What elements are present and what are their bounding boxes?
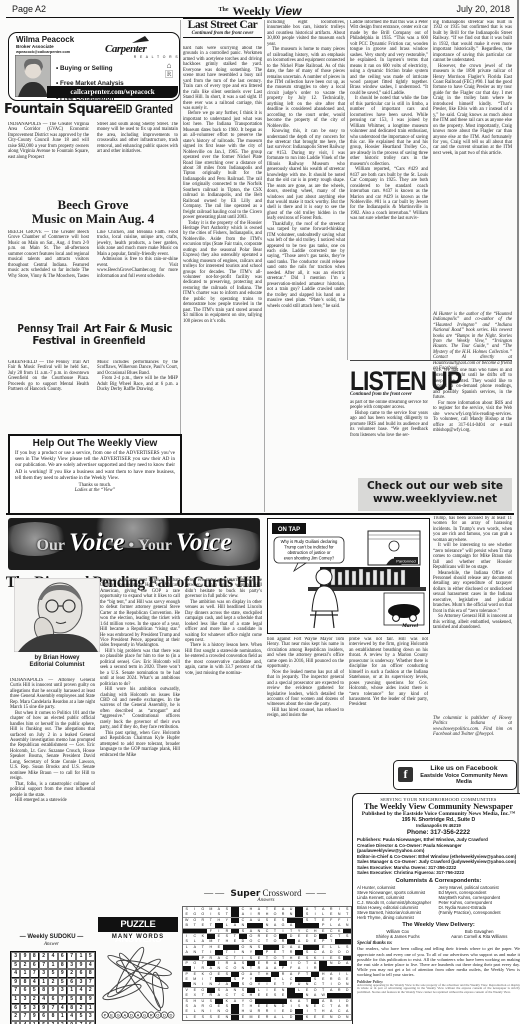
last-street-car-headline: Last Street Car <box>183 19 262 31</box>
facebook-icon: f <box>398 767 413 782</box>
sudoku-answer-label: Answer <box>8 942 95 947</box>
ad-website-bar: callcarpenter.com/wpeacock <box>47 86 178 98</box>
column-divider <box>430 20 431 360</box>
banner-voice2: Voice <box>176 529 232 556</box>
ad-agent-name: Wilma Peacock <box>16 35 74 44</box>
columnist-bio: The columnist is publisher of Howey Poli… <box>433 716 512 756</box>
crossword-grid: SIGMASCHATEAUATARISEGOISTAIRHORNSILENTWO… <box>182 906 352 1021</box>
columnists-header: Columnists & Correspondents: <box>357 878 520 884</box>
issue-date: July 20, 2018 <box>456 4 510 14</box>
svg-text:A: A <box>137 1013 140 1018</box>
svg-text:A: A <box>123 1013 126 1018</box>
section-divider <box>350 360 512 361</box>
many-words-title: MANY WORDS <box>98 934 178 940</box>
speech-bubble-line: obstruction of justice or <box>287 550 331 555</box>
svg-text:D: D <box>163 1013 166 1018</box>
masthead-weekly: Weekly <box>233 4 271 18</box>
pennsy-headline-1a: Pennsy Trail <box>17 323 78 335</box>
carpenter-flag-icon <box>131 35 151 44</box>
masthead-the: The <box>219 7 229 13</box>
headline-main: Fountain Square <box>4 102 116 117</box>
delivery-left: William CoxShirley & James Fuchs <box>357 929 439 939</box>
special-thanks-body: Our readers, who have been calling and t… <box>357 946 520 977</box>
delivery-header: The Weekly View Delivery: <box>357 922 520 928</box>
column-divider <box>264 20 265 512</box>
carpenter-logo: Carpenter R E A L T O R S <box>105 36 179 59</box>
banner-your: Your <box>138 537 172 554</box>
headline-rule <box>183 37 262 38</box>
help-out-signature: Ladies at the “View” <box>10 488 180 493</box>
many-words-solution: PEGADAGRODD <box>102 1012 174 1018</box>
svg-text:G: G <box>117 1013 120 1018</box>
fountain-square-headline: Fountain Square EID Granted <box>4 100 180 118</box>
article-column: INDIANAPOLIS — The Greater Virginia Area… <box>8 122 89 196</box>
svg-text:G: G <box>143 1013 146 1018</box>
equal-housing-icon: ⌂🅁 <box>163 61 175 79</box>
opinion-column: INDIANAPOLIS — Attorney General Curtis H… <box>10 678 95 908</box>
continued-note: Continued from the front cover <box>183 31 262 36</box>
masthead-title: The Weekly View Community Newspaper <box>357 802 520 811</box>
website-promo-line2: www.weeklyview.net <box>358 493 512 506</box>
our-voice-banner: Our Voice • Your Voice <box>8 518 260 570</box>
crossword-title-rest: Crossword <box>260 888 301 898</box>
article-column: including eight locomotives, innumerable… <box>267 20 345 510</box>
svg-text:P: P <box>104 1013 107 1018</box>
crossword-answer-label: Answers <box>182 898 350 903</box>
facebook-line2: Eastside Voice Community News Media <box>414 773 514 785</box>
website-promo-box: Check out our web site www.weeklyview.ne… <box>358 478 512 511</box>
speech-bubble-line: Why is Rudy Guiliani declaring <box>281 539 338 544</box>
banner-sep: • <box>129 537 135 554</box>
masthead-view: View <box>275 4 302 18</box>
realtor-ad: Wilma Peacock Broker Associate wpeacock@… <box>8 32 180 101</box>
speech-bubble-line: even shooting Jim Comey? <box>284 556 335 561</box>
tv-caption: Pardonned <box>396 559 416 564</box>
website-promo-line1: Check out our web site <box>358 480 512 493</box>
svg-text:D: D <box>130 1013 133 1018</box>
columnists-right: Jerry Marvel, political cartoonistEd Mye… <box>439 885 520 921</box>
svg-text:E: E <box>110 1013 113 1018</box>
column-divider <box>347 20 348 360</box>
banner-voice1: Voice <box>69 529 125 556</box>
ad-agent-email: wpeacock@callcarpenter.com <box>16 50 70 54</box>
facebook-box: f Like us on Facebook Eastside Voice Com… <box>393 760 517 790</box>
continued-note: Continued from the front cover <box>350 392 440 397</box>
article-column: as part of the online streaming service … <box>350 400 428 474</box>
svg-text:R: R <box>150 1013 153 1018</box>
masthead-staff-list: Publishers: Paula Nicewanger, Ethel Wins… <box>357 837 520 876</box>
help-out-box: Help Out The Weekly View If you buy a pr… <box>8 434 182 515</box>
sudoku-title: — Weekly SUDOKU — <box>8 934 95 940</box>
svg-text:O: O <box>156 1013 159 1018</box>
howey-caricature <box>14 578 100 652</box>
article-column: Laddie informed me that this was a Peter… <box>350 20 428 358</box>
carpenter-brand: Carpenter <box>105 43 179 55</box>
article-column: Like Chicken, and Breanna Faith. Food tr… <box>97 230 178 320</box>
facebook-line1: Like us on Facebook <box>414 765 514 772</box>
svg-text:D: D <box>170 1013 173 1018</box>
article-column: Street and south along Shelby Street. Th… <box>97 122 178 196</box>
cartoon-label: ON TAP <box>278 527 300 533</box>
pennsy-headline-2a: Festival <box>32 335 75 347</box>
opinion-column: Trump, has been accused by at least 11 w… <box>433 516 512 714</box>
delivery-right: Bob GavaghenAaron Cornell & Rita William… <box>439 929 520 939</box>
many-words-graphic: PEGADAGRODD <box>100 942 176 1022</box>
opinion-column: Pence era status quo (marriage is to be … <box>185 578 262 884</box>
columnists-left: Al Hunter, columnistSteve Nicewanger, sp… <box>357 885 439 921</box>
pennsy-headline-1b: Art Fair & Music <box>84 323 172 335</box>
help-out-body: If you buy a product or use a service, f… <box>15 451 175 482</box>
headline-sub: EID Granted <box>116 102 173 116</box>
ad-agent-role: Broker Associate <box>16 44 54 49</box>
policy-body: Advertising appearing in the Weekly View… <box>357 984 520 995</box>
puzzle-answers-banner: PUZZLE ANSWERS <box>98 917 178 932</box>
article-column: vice. We had one man who tunes in and li… <box>433 368 512 474</box>
article-column: GREENFIELD — The Pennsy Trail Art Fair &… <box>8 360 89 428</box>
agent-photo <box>15 55 51 97</box>
pennsy-headline-2b: in Greenfield <box>81 335 146 347</box>
opinion-column: tion against Fort Wayne Mayor Tom Henry.… <box>267 637 344 884</box>
author-bio: Al Hunter is the author of the “Haunted … <box>433 312 512 358</box>
cartoon-signature: Marvel <box>401 623 418 629</box>
sudoku-grid: 3982467155267183944173592689841256377658… <box>10 951 96 1024</box>
speech-bubble-line: Trump can’t be indicted for <box>284 545 334 550</box>
cartoon-art: ON TAP Why is Rudy Guiliani declaring Tr… <box>268 519 426 630</box>
editorial-cartoon: ON TAP Why is Rudy Guiliani declaring Tr… <box>267 518 430 634</box>
banner-our: Our <box>37 537 65 554</box>
section-divider <box>6 513 514 515</box>
article-column: hard hats were scurrying about the groun… <box>183 46 262 510</box>
opinion-column: figure in 2016 after four terms as Elkha… <box>100 578 180 910</box>
columnist-byline: by Brian Howey <box>10 655 104 662</box>
opinion-column: probe was not fair. Hill was not intervi… <box>349 637 428 757</box>
help-out-title: Help Out The Weekly View <box>10 438 180 449</box>
article-column: BEECH GROVE — The Greater Beech Grove Ch… <box>8 230 89 320</box>
article-column: ing Indianapolis streetcar was built in … <box>433 20 512 310</box>
beech-grove-headline-1: Beech Grove <box>8 198 178 212</box>
masthead-phone: Phone: 317-356-2222 <box>357 829 520 836</box>
columnist-title: Editorial Columnist <box>10 662 104 669</box>
article-column: Music includes performances by the Scoff… <box>97 360 178 428</box>
beech-grove-headline-2: Music on Main Aug. 4 <box>8 212 178 226</box>
masthead-address2: Indianapolis IN 46219 <box>357 823 520 828</box>
masthead-box: SERVING YOUR NEIGHBORHOOD COMMUNITIES Th… <box>352 793 520 1024</box>
